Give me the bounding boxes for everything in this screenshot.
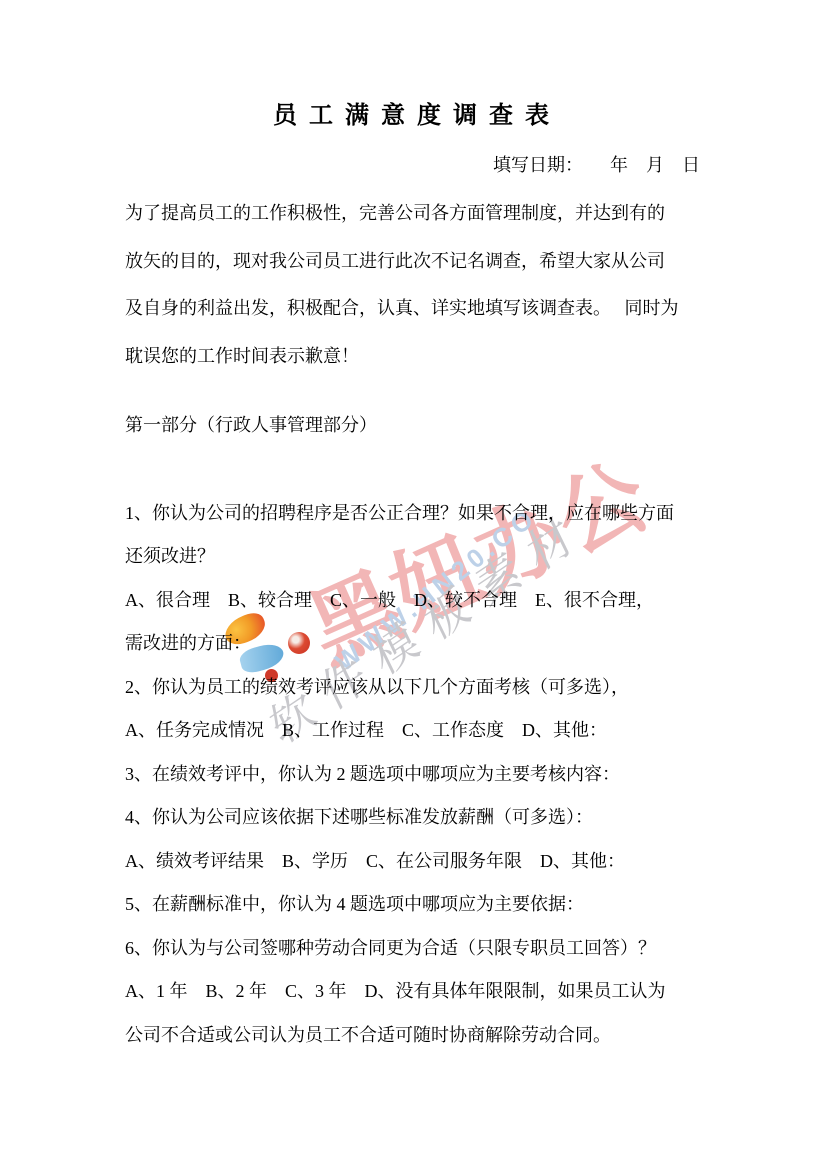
document-page: 黑妞办公 WWW.HN20.CO 软件模板素材 员 工 满 意 度 调 查 表 … bbox=[0, 0, 827, 1169]
question-1-options: 需改进的方面： bbox=[125, 622, 700, 666]
question-2-options: A、任务完成情况 B、工作过程 C、工作态度 D、其他： bbox=[125, 709, 700, 753]
document-content: 员 工 满 意 度 调 查 表 填写日期： 年 月 日 为了提高员工的工作积极性… bbox=[125, 96, 700, 1057]
question-1-options: A、很合理 B、较合理 C、一般 D、较不合理 E、很不合理， bbox=[125, 579, 700, 623]
intro-line: 放矢的目的，现对我公司员工进行此次不记名调查，希望大家从公司 bbox=[125, 238, 700, 286]
fill-date-line: 填写日期： 年 月 日 bbox=[125, 150, 700, 180]
question-4-line: 4、你认为公司应该依据下述哪些标准发放薪酬（可多选）： bbox=[125, 796, 700, 840]
intro-line: 及自身的利益出发，积极配合，认真、详实地填写该调查表。 同时为 bbox=[125, 285, 700, 333]
question-1-line: 1、你认为公司的招聘程序是否公正合理？如果不合理，应在哪些方面 bbox=[125, 492, 700, 536]
question-1-line: 还须改进？ bbox=[125, 535, 700, 579]
question-4-options: A、绩效考评结果 B、学历 C、在公司服务年限 D、其他： bbox=[125, 840, 700, 884]
question-6-options: A、1 年 B、2 年 C、3 年 D、没有具体年限限制，如果员工认为 bbox=[125, 970, 700, 1014]
question-6-line: 6、你认为与公司签哪种劳动合同更为合适（只限专职员工回答）？ bbox=[125, 927, 700, 971]
questions-list: 1、你认为公司的招聘程序是否公正合理？如果不合理，应在哪些方面 还须改进？ A、… bbox=[125, 492, 700, 1058]
intro-paragraph: 为了提高员工的工作积极性，完善公司各方面管理制度，并达到有的 放矢的目的，现对我… bbox=[125, 190, 700, 380]
intro-line: 耽误您的工作时间表示歉意！ bbox=[125, 333, 700, 381]
section-1-heading: 第一部分（行政人事管理部分） bbox=[125, 402, 700, 450]
question-2-line: 2、你认为员工的绩效考评应该从以下几个方面考核（可多选）， bbox=[125, 666, 700, 710]
intro-line: 为了提高员工的工作积极性，完善公司各方面管理制度，并达到有的 bbox=[125, 190, 700, 238]
question-6-options: 公司不合适或公司认为员工不合适可随时协商解除劳动合同。 bbox=[125, 1014, 700, 1058]
question-3-line: 3、在绩效考评中，你认为 2 题选项中哪项应为主要考核内容： bbox=[125, 753, 700, 797]
document-title: 员 工 满 意 度 调 查 表 bbox=[125, 96, 700, 136]
question-5-line: 5、在薪酬标准中，你认为 4 题选项中哪项应为主要依据： bbox=[125, 883, 700, 927]
